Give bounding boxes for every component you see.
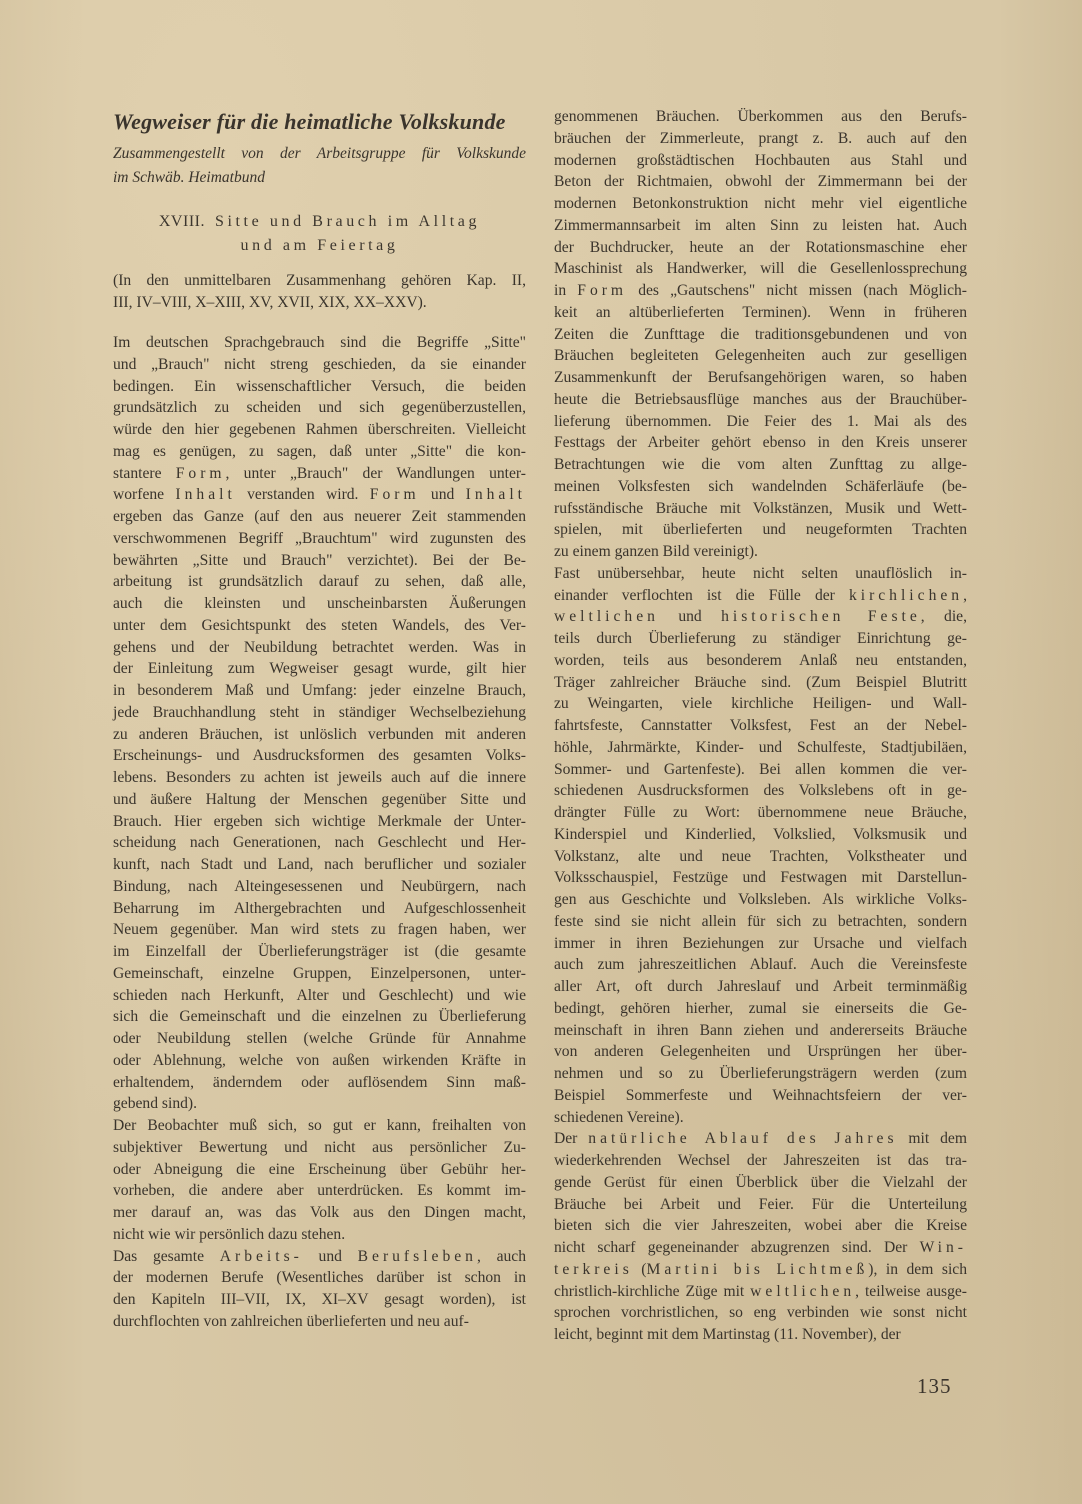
text-line: sprochen vorchristlichen, so eng verbind… <box>554 1302 967 1324</box>
text-line: stantere Form, unter „Brauch" der Wandlu… <box>113 463 526 485</box>
spaced-emphasis: Inhalt <box>175 486 235 503</box>
text-line: erhaltendem, änderndem oder auflösendem … <box>113 1072 526 1094</box>
spaced-emphasis: Form <box>370 486 420 503</box>
text-line: Beharrung im Althergebrachten und Aufges… <box>113 898 526 920</box>
text-line: bedingen. Ein wissenschaftlicher Versuch… <box>113 376 526 398</box>
text-line: auch zum jahreszeitlichen Ablauf. Auch d… <box>554 954 967 976</box>
chapter-number: XVIII. <box>159 213 205 230</box>
right-body-text: genommenen Bräuchen. Überkommen aus den … <box>554 106 967 1346</box>
subtitle-line: im Schwäb. Heimatbund <box>113 166 526 190</box>
text-line: scheidung nach Generationen, nach Geschl… <box>113 832 526 854</box>
spaced-emphasis: Form <box>577 282 627 299</box>
text-line: nicht wie wir persönlich dazu stehen. <box>113 1224 526 1246</box>
text-line: immer in ihren Beziehungen zur Ursache u… <box>554 933 967 955</box>
right-column: genommenen Bräuchen. Überkommen aus den … <box>554 106 967 1346</box>
text-line: mag es genügen, zu sagen, daß unter „Sit… <box>113 441 526 463</box>
text-line: zu einem ganzen Bild vereinigt). <box>554 541 967 563</box>
text-line: heute die Betriebsausflüge manches aus d… <box>554 389 967 411</box>
note-line: III, IV–VIII, X–XIII, XV, XVII, XIX, XX–… <box>113 292 526 314</box>
text-line: bewährten „Sitte und Brauch" verzichtet)… <box>113 550 526 572</box>
text-line: ergeben das Ganze (auf den aus neuerer Z… <box>113 506 526 528</box>
article-title: Wegweiser für die heimatliche Volkskunde <box>113 108 526 136</box>
text-line: nehmen und so zu Überlieferungsträgern w… <box>554 1063 967 1085</box>
text-line: zu Weingarten, viele kirchliche Heiligen… <box>554 693 967 715</box>
text-line: gebend sind). <box>113 1093 526 1115</box>
note-line: (In den unmittelbaren Zusammenhang gehör… <box>113 270 526 292</box>
text-line: meinschaft in ihren Bann ziehen und ande… <box>554 1020 967 1042</box>
text-line: leicht, beginnt mit dem Martinstag (11. … <box>554 1324 967 1346</box>
spaced-emphasis: weltlichen <box>554 608 659 625</box>
text-line: in Form des „Gautschens" nicht missen (n… <box>554 280 967 302</box>
text-line: der Einleitung zum Wegweiser gesagt wurd… <box>113 658 526 680</box>
text-line: Der natürliche Ablauf des Jahres mit dem <box>554 1128 967 1150</box>
text-line: Festtags der Arbeiter gehört ebenso in d… <box>554 432 967 454</box>
text-line: im Einzelfall der Überlieferungsträger i… <box>113 941 526 963</box>
text-line: bieten sich die vier Jahreszeiten, wobei… <box>554 1215 967 1237</box>
left-body-text: Im deutschen Sprachgebrauch sind die Beg… <box>113 332 526 1333</box>
text-line: in besonderem Maß und Umfang: jeder einz… <box>113 680 526 702</box>
text-line: Erscheinungs- und Ausdrucksformen des ge… <box>113 745 526 767</box>
spaced-emphasis: Inhalt <box>466 486 526 503</box>
text-line: oder Ablehnung, welche von außen wirkend… <box>113 1050 526 1072</box>
spaced-emphasis: Win- <box>920 1239 967 1256</box>
text-line: worden, teils aus besonderem Anlaß neu e… <box>554 650 967 672</box>
text-line: Bindung, nach Alteingesessenen und Neubü… <box>113 876 526 898</box>
text-line: Zusammenkunft der Berufsangehörigen ware… <box>554 367 967 389</box>
text-line: modernen Betonkonstruktion nicht mehr vi… <box>554 193 967 215</box>
text-line: und „Brauch" nicht streng geschieden, da… <box>113 354 526 376</box>
text-line: Kinderspiel und Kinderlied, Volkslied, V… <box>554 824 967 846</box>
text-line: wiederkehrenden Wechsel der Jahreszeiten… <box>554 1150 967 1172</box>
text-line: Beispiel Sommerfeste und Weihnachtsfeier… <box>554 1085 967 1107</box>
spaced-emphasis: Martini bis Lichtmeß <box>646 1261 868 1278</box>
text-line: Das gesamte Arbeits- und Berufsleben, au… <box>113 1246 526 1268</box>
text-line: Volksschauspiel, Festzüge und Festwagen … <box>554 867 967 889</box>
text-line: Fast unübersehbar, heute nicht selten un… <box>554 563 967 585</box>
text-line: christlich-kirchliche Züge mit weltliche… <box>554 1281 967 1303</box>
text-line: nicht scharf gegeneinander abzugrenzen s… <box>554 1237 967 1259</box>
spaced-emphasis: Form <box>176 465 226 482</box>
text-line: durchflochten von zahlreichen überliefer… <box>113 1311 526 1333</box>
text-line: lieferung übernommen. Die Feier des 1. M… <box>554 411 967 433</box>
chapter-heading: XVIII.Sitte und Brauch im Alltag und am … <box>113 210 526 258</box>
text-line: teils durch Überlieferung zu ständiger E… <box>554 628 967 650</box>
text-line: schiedenen Vereine). <box>554 1107 967 1129</box>
text-line: der modernen Berufe (Wesentliches darübe… <box>113 1267 526 1289</box>
text-line: jede Brauchhandlung steht in ständiger W… <box>113 702 526 724</box>
text-line: Träger zahlreicher Bräuche sind. (Zum Be… <box>554 672 967 694</box>
text-line: auch die kleinsten und unscheinbarsten Ä… <box>113 593 526 615</box>
text-line: Betrachtungen wie die vom alten Zunfttag… <box>554 454 967 476</box>
text-line: drängter Fülle zu Wort: übernommene neue… <box>554 802 967 824</box>
text-line: terkreis (Martini bis Lichtmeß), in dem … <box>554 1259 967 1281</box>
text-line: keit an altüberlieferten Terminen). Wenn… <box>554 302 967 324</box>
text-line: Der Beobachter muß sich, so gut er kann,… <box>113 1115 526 1137</box>
text-line: Bräuche bei Arbeit und Feier. Für die Un… <box>554 1194 967 1216</box>
cross-reference-note: (In den unmittelbaren Zusammenhang gehör… <box>113 270 526 314</box>
text-line: Brauch. Hier ergeben sich wichtige Merkm… <box>113 811 526 833</box>
text-line: weltlichen und historischen Feste, die, <box>554 606 967 628</box>
scanned-book-page: Wegweiser für die heimatliche Volkskunde… <box>0 0 1082 1504</box>
spaced-emphasis: Berufsleben <box>358 1248 477 1265</box>
text-line: Zeiten die Zunfttage die traditionsgebun… <box>554 324 967 346</box>
text-line: Im deutschen Sprachgebrauch sind die Beg… <box>113 332 526 354</box>
spaced-emphasis: weltlichen <box>750 1283 855 1300</box>
text-line: Volkstanz, alte und neue Trachten, Volks… <box>554 846 967 868</box>
chapter-title-part: Sitte und Brauch im Alltag <box>215 213 480 230</box>
spaced-emphasis: terkreis <box>554 1261 633 1278</box>
text-line: grundsätzlich zu scheiden und sich gegen… <box>113 397 526 419</box>
text-line: genommenen Bräuchen. Überkommen aus den … <box>554 106 967 128</box>
text-line: rufsständische Bräuche mit Volkstänzen, … <box>554 498 967 520</box>
text-line: und äußere Haltung der Menschen gegenübe… <box>113 789 526 811</box>
spaced-emphasis: Arbeits- <box>220 1248 303 1265</box>
text-line: sich die Gemeinschaft und die einzelnen … <box>113 1006 526 1028</box>
text-line: Gemeinschaft, einzelne Gruppen, Einzelpe… <box>113 963 526 985</box>
spaced-emphasis: historischen Feste <box>721 608 921 625</box>
chapter-heading-line: XVIII.Sitte und Brauch im Alltag <box>113 210 526 234</box>
text-line: unter dem Gesichtspunkt des steten Wande… <box>113 615 526 637</box>
text-line: subjektiver Bewertung und nicht aus pers… <box>113 1137 526 1159</box>
subtitle-line: Zusammengestellt von der Arbeitsgruppe f… <box>113 142 526 166</box>
text-line: würde den hier gegebenen Rahmen überschr… <box>113 419 526 441</box>
text-line: gehens und der Neubildung betrachtet wer… <box>113 637 526 659</box>
left-column: Wegweiser für die heimatliche Volkskunde… <box>113 108 526 1333</box>
text-line: höhle, Jahrmärkte, Kinder- und Schulfest… <box>554 737 967 759</box>
text-line: verschwommenen Begriff „Brauchtum" wird … <box>113 528 526 550</box>
text-line: von anderen Gelegenheiten und Ursprüngen… <box>554 1041 967 1063</box>
text-line: aller Art, oft durch Jahreslauf und Arbe… <box>554 976 967 998</box>
text-line: oder Neubildung stellen (welche Gründe f… <box>113 1028 526 1050</box>
text-line: mer darauf an, was das Volk aus den Ding… <box>113 1202 526 1224</box>
text-line: bedingt, gehören hierher, zumal sie eine… <box>554 998 967 1020</box>
text-line: Neuem gegenüber. Man wird stets zu frage… <box>113 919 526 941</box>
chapter-title-part: und am Feiertag <box>113 234 526 258</box>
text-line: schiedenen Ausdrucksformen des Volkslebe… <box>554 780 967 802</box>
text-line: bräuchen der Zimmerleute, prangt z. B. a… <box>554 128 967 150</box>
text-line: gen aus Geschichte und Volksleben. Als w… <box>554 889 967 911</box>
text-line: einander verflochten ist die Fülle der k… <box>554 585 967 607</box>
text-line: vorheben, die andere aber unterdrücken. … <box>113 1180 526 1202</box>
spaced-emphasis: natürliche Ablauf des Jahres <box>588 1130 897 1147</box>
text-line: meinen Volksfesten sich wandelnden Schäf… <box>554 476 967 498</box>
text-line: Sommer- und Gartenfeste). Bei allen komm… <box>554 759 967 781</box>
page-number: 135 <box>917 1374 952 1399</box>
text-line: lebens. Besonders zu achten ist jeweils … <box>113 767 526 789</box>
spaced-emphasis: kirchlichen <box>849 587 963 604</box>
text-line: Bräuchen begleiteten Gelegenheiten auch … <box>554 345 967 367</box>
text-line: schieden nach Herkunft, Alter und Geschl… <box>113 985 526 1007</box>
text-line: gende Gerüst für einen Überblick über di… <box>554 1172 967 1194</box>
text-line: arbeitung ist grundsätzlich darauf zu se… <box>113 571 526 593</box>
text-line: der Buchdrucker, heute an der Rotationsm… <box>554 237 967 259</box>
text-line: oder Abneigung die eine Erscheinung über… <box>113 1159 526 1181</box>
text-line: modernen großstädtischen Hochbauten aus … <box>554 150 967 172</box>
text-line: den Kapiteln III–VII, IX, XI–XV gesagt w… <box>113 1289 526 1311</box>
text-line: fahrtsfeste, Cannstatter Volksfest, Fest… <box>554 715 967 737</box>
text-line: Zimmermannsarbeit im alten Sinn zu leist… <box>554 215 967 237</box>
text-line: zu anderen Bräuchen, ist unlöslich verbu… <box>113 724 526 746</box>
text-line: spielen, mit überlieferten und neugeform… <box>554 519 967 541</box>
text-line: Maschinist als Handwerker, will die Gese… <box>554 258 967 280</box>
text-line: worfene Inhalt verstanden wird. Form und… <box>113 484 526 506</box>
text-line: feste sind sie nicht allein für sich zu … <box>554 911 967 933</box>
text-line: kunft, nach Stadt und Land, nach berufli… <box>113 854 526 876</box>
article-subtitle: Zusammengestellt von der Arbeitsgruppe f… <box>113 142 526 190</box>
text-line: Beton der Richtmaien, obwohl der Zimmerm… <box>554 171 967 193</box>
